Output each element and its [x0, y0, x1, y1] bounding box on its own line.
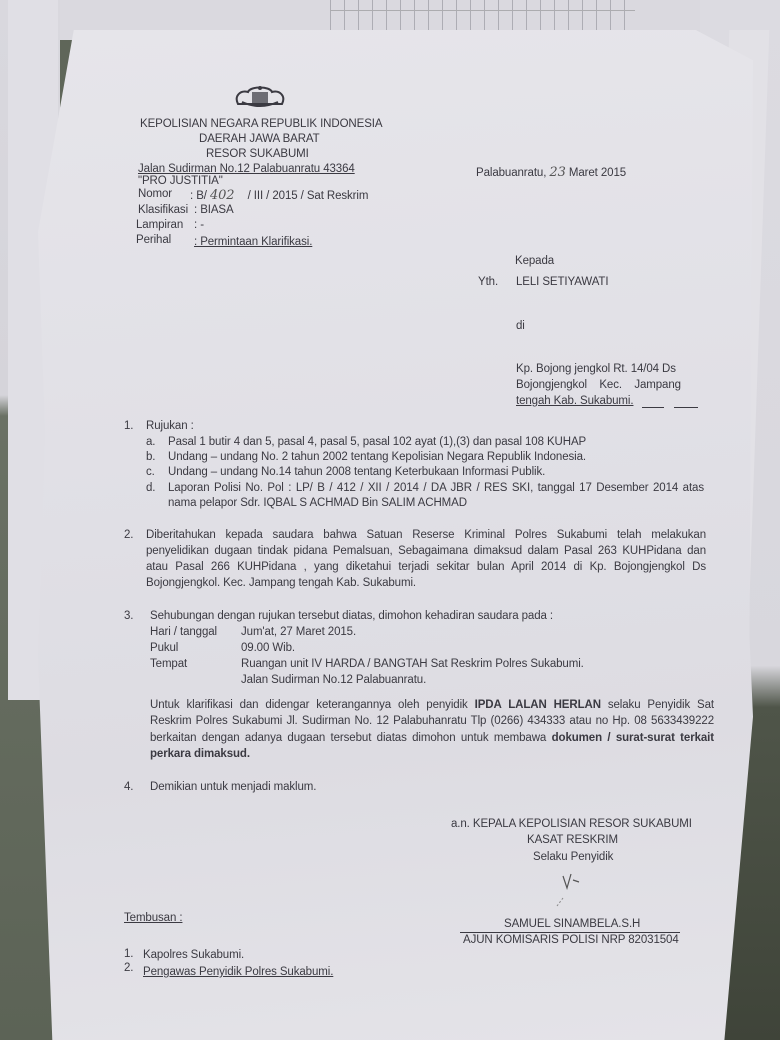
recipient-kepada: Kepada: [515, 255, 554, 267]
signature-underline: [460, 932, 680, 933]
address-blank-line: [642, 407, 664, 408]
klasifikasi-value: : BIASA: [194, 204, 234, 216]
tembusan-title: Tembusan :: [124, 912, 182, 924]
point-3-para-line-3: berkaitan dengan adanya dugaan tersebut …: [150, 732, 714, 744]
tempat-value-1: Ruangan unit IV HARDA / BANGTAH Sat Resk…: [241, 658, 584, 670]
letterhead-resort: RESOR SUKABUMI: [206, 148, 309, 160]
pukul-value: 09.00 Wib.: [241, 642, 295, 654]
police-crest-icon: [230, 82, 290, 112]
point-2-number: 2.: [124, 529, 133, 541]
point-3-intro: Sehubungan dengan rujukan tersebut diata…: [150, 610, 553, 622]
nomor-value: : B/ 402 / III / 2015 / Sat Reskrim: [190, 188, 368, 203]
pukul-label: Pukul: [150, 642, 178, 654]
point-1-number: 1.: [124, 420, 133, 432]
point-1a-letter: a.: [146, 436, 155, 448]
tembusan-item-2-number: 2.: [124, 962, 133, 974]
recipient-di: di: [516, 320, 525, 332]
pro-justitia: "PRO JUSTITIA": [138, 175, 223, 187]
point-1a-text: Pasal 1 butir 4 dan 5, pasal 4, pasal 5,…: [168, 436, 586, 448]
investigator-name: IPDA LALAN HERLAN: [475, 699, 601, 711]
tempat-label: Tempat: [150, 658, 187, 670]
point-1d-letter: d.: [146, 482, 155, 494]
nomor-prefix: : B/: [190, 190, 207, 202]
para-text: Untuk klarifikasi dan didengar keteranga…: [150, 699, 475, 711]
recipient-address-3: tengah Kab. Sukabumi.: [516, 395, 633, 407]
point-2-line-2: penyelidikan dugaan tindak pidana Pemals…: [146, 545, 706, 557]
perihal-label: Perihal: [136, 234, 171, 246]
tembusan-item-1-text: Kapolres Sukabumi.: [143, 949, 244, 961]
signature-line-1: a.n. KEPALA KEPOLISIAN RESOR SUKABUMI: [451, 818, 692, 830]
tembusan-item-2-text: Pengawas Penyidik Polres Sukabumi.: [143, 966, 333, 978]
letterhead-institution: KEPOLISIAN NEGARA REPUBLIK INDONESIA: [140, 118, 382, 130]
point-2-line-1: Diberitahukan kepada saudara bahwa Satua…: [146, 529, 706, 541]
signature-line-2: KASAT RESKRIM: [527, 834, 618, 846]
date-place: Palabuanratu,: [476, 167, 546, 179]
date-month-year: Maret 2015: [569, 167, 626, 179]
point-3-number: 3.: [124, 610, 133, 622]
para-text: berkaitan dengan adanya dugaan tersebut …: [150, 732, 552, 744]
point-1d-text: Laporan Polisi No. Pol : LP/ B / 412 / X…: [168, 482, 704, 494]
point-3-para-line-4: perkara dimaksud.: [150, 748, 250, 760]
signature-line-3: Selaku Penyidik: [533, 851, 613, 863]
letterhead-region: DAERAH JAWA BARAT: [199, 133, 320, 145]
letterhead-address: Jalan Sudirman No.12 Palabuanratu 43364: [138, 163, 355, 175]
point-3-para-line-1: Untuk klarifikasi dan didengar keteranga…: [150, 699, 714, 711]
signatory-rank: AJUN KOMISARIS POLISI NRP 82031504: [463, 934, 679, 946]
recipient-name: LELI SETIYAWATI: [516, 276, 608, 288]
tembusan-item-1-number: 1.: [124, 948, 133, 960]
tembusan-title-text: Tembusan :: [124, 912, 182, 924]
lampiran-value: : -: [194, 219, 204, 231]
point-4-text: Demikian untuk menjadi maklum.: [150, 781, 316, 793]
klasifikasi-label: Klasifikasi: [138, 204, 188, 216]
documents-required: dokumen / surat-surat terkait: [552, 732, 714, 744]
point-1c-text: Undang – undang No.14 tahun 2008 tentang…: [168, 466, 545, 478]
signatory-name: SAMUEL SINAMBELA.S.H: [504, 918, 640, 930]
nomor-label: Nomor: [138, 188, 172, 200]
point-2-line-4: Bojongjengkol. Kec. Jampang tengah Kab. …: [146, 577, 416, 589]
point-1b-letter: b.: [146, 451, 155, 463]
recipient-yth: Yth.: [478, 276, 498, 288]
hari-label: Hari / tanggal: [150, 626, 217, 638]
recipient-address-2: Bojongjengkol Kec. Jampang: [516, 379, 681, 391]
point-3-para-line-2: Reskrim Polres Sukabumi Jl. Sudirman No.…: [150, 715, 714, 727]
lampiran-label: Lampiran: [136, 219, 183, 231]
letter-document: KEPOLISIAN NEGARA REPUBLIK INDONESIA DAE…: [0, 0, 780, 1040]
point-2-line-3: atau Pasal 266 KUHPidana , yang diketahu…: [146, 561, 706, 573]
point-1b-text: Undang – undang No. 2 tahun 2002 tentang…: [168, 451, 586, 463]
recipient-address-1: Kp. Bojong jengkol Rt. 14/04 Ds: [516, 363, 676, 375]
letter-date: Palabuanratu, 23 Maret 2015: [476, 165, 626, 180]
perihal-value: : Permintaan Klarifikasi.: [194, 236, 312, 248]
address-blank-line: [674, 407, 698, 408]
nomor-handwritten: 402: [210, 188, 235, 203]
point-1d-text-cont: nama pelapor Sdr. IQBAL S ACHMAD Bin SAL…: [168, 497, 467, 509]
point-4-number: 4.: [124, 781, 133, 793]
para-text: selaku Penyidik Sat: [601, 699, 714, 711]
signature-mark-icon: [555, 868, 585, 908]
date-day-handwritten: 23: [549, 165, 565, 180]
point-1c-letter: c.: [146, 466, 155, 478]
tempat-value-2: Jalan Sudirman No.12 Palabuanratu.: [241, 674, 426, 686]
nomor-suffix: / III / 2015 / Sat Reskrim: [248, 190, 369, 202]
hari-value: Jum'at, 27 Maret 2015.: [241, 626, 356, 638]
point-1-title: Rujukan :: [146, 420, 194, 432]
